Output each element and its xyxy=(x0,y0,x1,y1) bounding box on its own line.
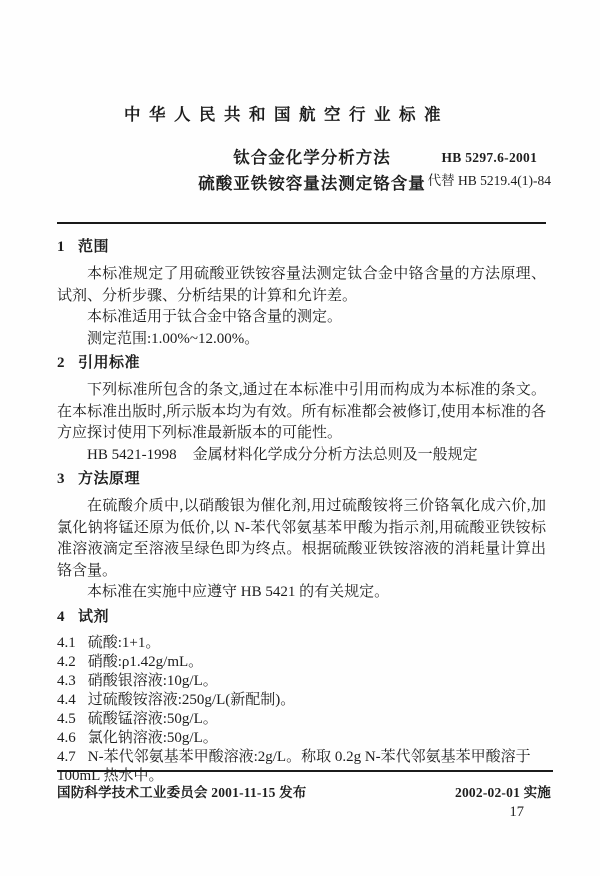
section-3-heading: 3方法原理 xyxy=(57,470,546,488)
section-1-title: 范围 xyxy=(78,239,109,255)
reagent-item-number: 4.4 xyxy=(57,692,76,708)
title-row: 钛合金化学分析方法 硫酸亚铁铵容量法测定铬含量 HB 5297.6-2001 代… xyxy=(57,145,546,197)
reagent-item: 4.2硝酸:ρ1.42g/mL。 xyxy=(57,653,546,672)
section-2-number: 2 xyxy=(57,355,65,371)
section-1-heading: 1范围 xyxy=(57,238,546,256)
reagent-item-text: 硫酸:1+1。 xyxy=(88,635,161,651)
reagent-item: 4.1硫酸:1+1。 xyxy=(57,634,546,653)
reagent-item: 4.5硫酸锰溶液:50g/L。 xyxy=(57,710,546,729)
reagent-item-text: 过硫酸铵溶液:250g/L(新配制)。 xyxy=(88,692,296,708)
reagent-item-number: 4.7 xyxy=(57,749,76,765)
section-2-paragraph-1: 下列标准所包含的条文,通过在本标准中引用而构成为本标准的条文。在本标准出版时,所… xyxy=(57,380,546,445)
reagent-item-number: 4.1 xyxy=(57,635,76,651)
standard-document-page: 中华人民共和国航空行业标准 钛合金化学分析方法 硫酸亚铁铵容量法测定铬含量 HB… xyxy=(0,0,600,876)
section-4-title: 试剂 xyxy=(78,609,109,625)
section-3-paragraph-1: 在硫酸介质中,以硝酸银为催化剂,用过硫酸铵将三价铬氧化成六价,加氯化钠将锰还原为… xyxy=(57,496,546,582)
reagent-item-number: 4.2 xyxy=(57,654,76,670)
section-2-title: 引用标准 xyxy=(78,355,140,371)
standard-number: HB 5297.6-2001 xyxy=(428,146,551,169)
section-1-paragraph-1: 本标准规定了用硫酸亚铁铵容量法测定钛合金中铬含量的方法原理、试剂、分析步骤、分析… xyxy=(57,264,546,307)
reagent-item: 4.6氯化钠溶液:50g/L。 xyxy=(57,729,546,748)
section-1-paragraph-3: 测定范围:1.00%~12.00%。 xyxy=(57,329,546,351)
referenced-standard-number: HB 5421-1998 xyxy=(87,447,177,463)
document-body: 1范围 本标准规定了用硫酸亚铁铵容量法测定钛合金中铬含量的方法原理、试剂、分析步… xyxy=(57,238,546,786)
section-4-heading: 4试剂 xyxy=(57,608,546,626)
section-2-heading: 2引用标准 xyxy=(57,354,546,372)
superseded-standard: 代替 HB 5219.4(1)-84 xyxy=(428,169,551,192)
footer-implementation-date: 2002-02-01 实施 xyxy=(455,781,551,801)
reagent-item-text: N-苯代邻氨基苯甲酸溶液:2g/L。称取 0.2g N-苯代邻氨基苯甲酸溶于 1… xyxy=(57,749,531,784)
section-4-number: 4 xyxy=(57,609,65,625)
section-1-paragraph-2: 本标准适用于钛合金中铬含量的测定。 xyxy=(57,307,546,329)
section-3-number: 3 xyxy=(57,471,65,487)
reagent-item-number: 4.6 xyxy=(57,730,76,746)
referenced-standard-title: 金属材料化学成分分析方法总则及一般规定 xyxy=(193,447,478,463)
standard-category-line: 中华人民共和国航空行业标准 xyxy=(42,0,531,123)
reagent-item: 4.7N-苯代邻氨基苯甲酸溶液:2g/L。称取 0.2g N-苯代邻氨基苯甲酸溶… xyxy=(57,748,546,786)
header-divider-rule xyxy=(57,222,546,224)
reagent-item: 4.3硝酸银溶液:10g/L。 xyxy=(57,672,546,691)
reagent-item: 4.4过硫酸铵溶液:250g/L(新配制)。 xyxy=(57,691,546,710)
reagent-item-number: 4.3 xyxy=(57,673,76,689)
reagent-item-text: 硫酸锰溶液:50g/L。 xyxy=(88,711,218,727)
section-3-paragraph-2: 本标准在实施中应遵守 HB 5421 的有关规定。 xyxy=(57,582,546,604)
reagent-item-text: 氯化钠溶液:50g/L。 xyxy=(88,730,218,746)
referenced-standard-line: HB 5421-1998金属材料化学成分分析方法总则及一般规定 xyxy=(57,445,546,467)
reagent-item-text: 硝酸:ρ1.42g/mL。 xyxy=(88,654,203,670)
section-3-title: 方法原理 xyxy=(78,471,140,487)
document-footer: 国防科学技术工业委员会 2001-11-15 发布 2002-02-01 实施 xyxy=(57,781,551,801)
page-number: 17 xyxy=(510,804,525,821)
footer-issuer-and-issue-date: 国防科学技术工业委员会 2001-11-15 发布 xyxy=(57,781,307,801)
footer-divider-rule xyxy=(57,770,553,772)
standard-code-block: HB 5297.6-2001 代替 HB 5219.4(1)-84 xyxy=(428,146,551,192)
reagent-item-number: 4.5 xyxy=(57,711,76,727)
reagent-item-text: 硝酸银溶液:10g/L。 xyxy=(88,673,218,689)
document-header: 中华人民共和国航空行业标准 钛合金化学分析方法 硫酸亚铁铵容量法测定铬含量 HB… xyxy=(57,0,546,197)
section-1-number: 1 xyxy=(57,239,65,255)
